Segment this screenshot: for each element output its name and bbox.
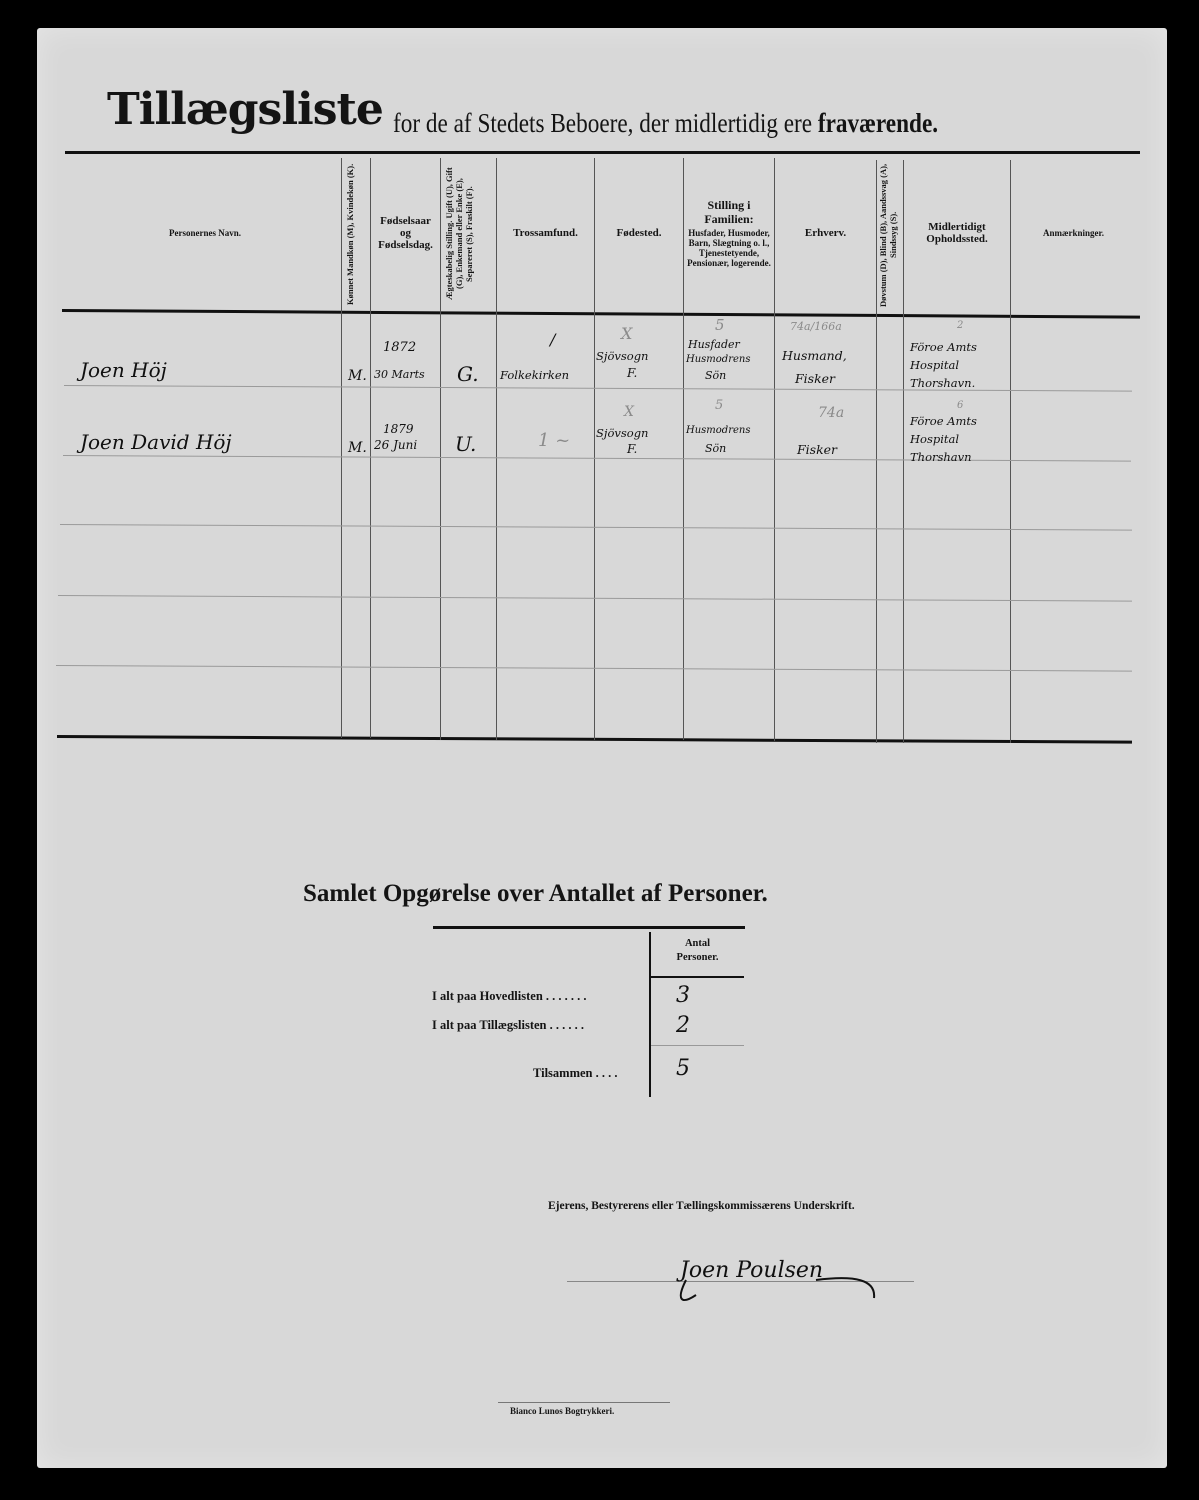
header-family-title2: Familien: xyxy=(704,212,753,226)
header-marital-status: Ægteskabelig Stilling. Ugift (U), Gift (… xyxy=(444,160,494,308)
summary-column-header-1: Antal xyxy=(655,937,740,951)
cell-birthplace-mark: X xyxy=(624,404,634,420)
summary-total-rule xyxy=(651,1045,744,1046)
summary-header-rule xyxy=(651,976,744,978)
cell-birthplace-1: Sjövsogn xyxy=(596,426,648,440)
form-title: Tillægsliste xyxy=(107,86,383,134)
cell-residence-3: Thorshavn. xyxy=(910,376,975,390)
cell-family-1: Husmodrens xyxy=(686,425,750,436)
summary-column-header: Antal Personer. xyxy=(655,937,740,965)
cell-birth-day: 30 Marts xyxy=(374,368,425,381)
cell-residence-1: Föroe Amts xyxy=(910,414,977,428)
cell-name: Joen David Höj xyxy=(80,430,232,454)
cell-birthplace-1: Sjövsogn xyxy=(596,349,648,363)
header-family-position: Stilling i Familien: Husfader, Husmoder,… xyxy=(684,158,774,308)
header-gender: Kønnet Mandkøn (M), Kvindekøn (K). xyxy=(345,162,369,307)
cell-marital: G. xyxy=(457,362,479,386)
summary-value-main-list: 3 xyxy=(676,983,690,1008)
cell-birthplace-mark: X xyxy=(621,324,632,343)
form-subtitle: for de af Stedets Beboere, der midlertid… xyxy=(393,108,938,138)
cell-family-mark: 5 xyxy=(715,316,725,334)
signature-flourish-icon xyxy=(676,1270,886,1310)
summary-divider xyxy=(649,932,651,1097)
header-birth-line1: Fødselsaar xyxy=(380,215,431,227)
cell-name: Joen Höj xyxy=(80,358,167,382)
cell-gender: M. xyxy=(348,368,367,384)
cell-family-2: Husmodrens xyxy=(686,354,750,365)
cell-residence-mark: 2 xyxy=(957,320,963,331)
summary-label-total: Tilsammen . . . . xyxy=(533,1066,618,1081)
summary-value-supplement-list: 2 xyxy=(676,1013,690,1038)
header-temp-residence-1: Midlertidigt xyxy=(928,221,985,233)
cell-birth-day: 26 Juni xyxy=(374,438,417,452)
summary-value-total: 5 xyxy=(676,1056,690,1081)
cell-residence-1: Föroe Amts xyxy=(910,340,977,354)
cell-birth-year: 1879 xyxy=(383,422,414,436)
header-temp-residence-2: Opholdssted. xyxy=(926,233,987,245)
header-occupation: Erhverv. xyxy=(775,158,876,308)
cell-residence-2: Hospital xyxy=(910,432,959,446)
cell-religion: Folkekirken xyxy=(500,368,569,382)
summary-label-supplement-list: I alt paa Tillægslisten . . . . . . xyxy=(432,1018,584,1033)
cell-marital: U. xyxy=(455,432,476,456)
summary-label-main-list: I alt paa Hovedlisten . . . . . . . xyxy=(432,989,587,1004)
header-family-desc: Husfader, Husmoder, Barn, Slægtning o. l… xyxy=(684,228,774,268)
form-subtitle-emphasis: fraværende. xyxy=(818,108,938,138)
table-top-rule xyxy=(65,151,1140,154)
summary-top-rule xyxy=(433,926,745,929)
header-religion: Trossamfund. xyxy=(497,158,594,308)
summary-title: Samlet Opgørelse over Antallet af Person… xyxy=(303,880,768,908)
summary-column-header-2: Personer. xyxy=(655,951,740,965)
cell-occupation-mark: 74a/166a xyxy=(790,320,842,333)
cell-occupation-1: Husmand, xyxy=(782,348,847,363)
header-disability: Døvstum (D), Blind (B), Aandssvag (A), S… xyxy=(878,162,902,308)
form-subtitle-text: for de af Stedets Beboere, der midlertid… xyxy=(393,108,812,138)
cell-family-3: Sön xyxy=(705,369,726,382)
cell-residence-mark: 6 xyxy=(957,400,963,411)
header-birth-line2: og xyxy=(400,227,411,239)
col-divider xyxy=(341,158,342,738)
cell-occupation-mark: 74a xyxy=(818,405,844,421)
footer-rule xyxy=(498,1402,670,1403)
cell-residence-3: Thorshavn xyxy=(910,450,972,464)
cell-occupation-2: Fisker xyxy=(797,442,837,457)
cell-occupation-2: Fisker xyxy=(795,371,835,386)
cell-family-mark: 5 xyxy=(715,398,723,413)
cell-gender: M. xyxy=(348,440,367,456)
header-birth: Fødselsaar og Fødselsdag. xyxy=(371,158,440,308)
cell-family-1: Husfader xyxy=(688,338,740,351)
printer-imprint: Bianco Lunos Bogtrykkeri. xyxy=(510,1406,614,1416)
header-family-title1: Stilling i xyxy=(707,198,750,212)
cell-religion-mark: / xyxy=(550,330,555,349)
cell-family-2: Sön xyxy=(705,442,726,455)
header-temp-residence: Midlertidigt Opholdssted. xyxy=(904,158,1010,308)
cell-birthplace-2: F. xyxy=(627,366,637,380)
signature-label: Ejerens, Bestyrerens eller Tællingskommi… xyxy=(548,1200,855,1212)
cell-residence-2: Hospital xyxy=(910,358,959,372)
header-birthplace: Fødested. xyxy=(595,158,683,308)
header-birth-line3: Fødselsdag. xyxy=(378,239,433,251)
cell-religion-mark: 1 ~ xyxy=(538,430,570,451)
cell-birth-year: 1872 xyxy=(383,340,416,355)
col-divider xyxy=(440,158,441,740)
header-remarks: Anmærkninger. xyxy=(1011,158,1136,308)
header-name: Personernes Navn. xyxy=(70,158,340,308)
col-divider xyxy=(876,160,877,743)
cell-birthplace-2: F. xyxy=(627,442,637,456)
